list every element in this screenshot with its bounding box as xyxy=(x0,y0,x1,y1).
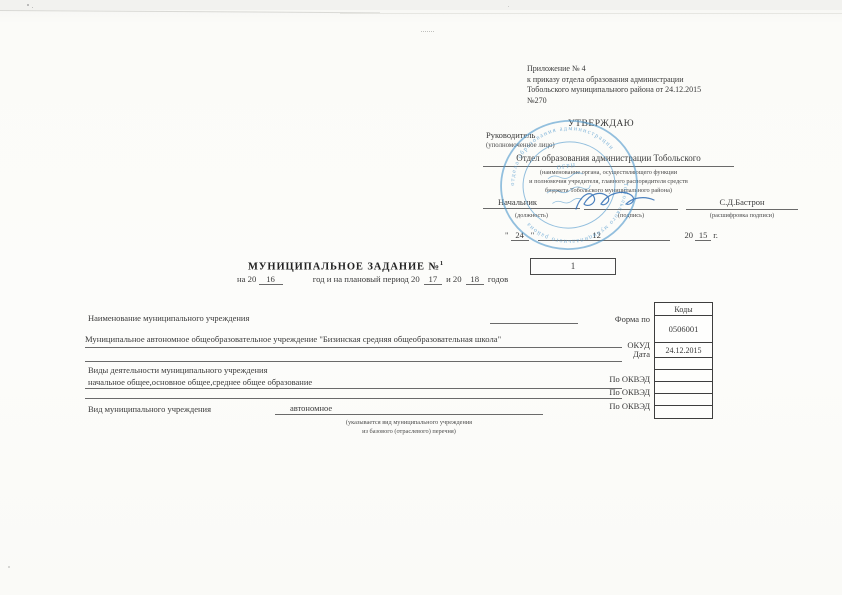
scan-speck xyxy=(8,566,10,568)
okved-label-3: По ОКВЭД xyxy=(600,401,650,411)
empty-code-cell xyxy=(655,358,712,370)
okved-label-1: По ОКВЭД xyxy=(600,374,650,384)
scanned-document-page: Приложение № 4 к приказу отдела образова… xyxy=(0,0,842,595)
blank-line xyxy=(85,392,622,399)
scan-speck xyxy=(421,31,434,33)
stamp-inner-ring xyxy=(517,136,620,234)
scan-speck xyxy=(27,4,29,6)
institution-type-value: автономное xyxy=(275,403,543,415)
stamp-center-lines xyxy=(548,172,583,181)
stamp-outer-ring xyxy=(494,116,644,254)
activities-label: Виды деятельности муниципального учрежде… xyxy=(88,365,267,375)
date-label: Дата xyxy=(606,349,650,359)
empty-code-cell xyxy=(655,394,712,406)
footnote-ref: 1 xyxy=(440,260,443,267)
name-note: (расшифровка подписи) xyxy=(686,211,798,220)
period-text: и 20 xyxy=(446,274,462,284)
institution-name-value: Муниципальное автономное общеобразовател… xyxy=(85,334,622,348)
period-year-1: 16 xyxy=(259,274,283,285)
activities-value: начальное общее,основное общее,среднее о… xyxy=(85,377,622,389)
type-note-line: из базового (отраслевого) перечня) xyxy=(275,427,543,436)
period-text: на 20 xyxy=(237,274,256,284)
okud-code-cell: 0506001 xyxy=(655,316,712,343)
institution-name-label: Наименование муниципального учреждения xyxy=(88,313,249,323)
form-po-label: Форма по xyxy=(606,314,650,324)
codes-table: Коды 0506001 24.12.2015 xyxy=(654,302,713,419)
period-text: годов xyxy=(488,274,508,284)
scan-speck xyxy=(32,7,33,8)
date-year: 15 xyxy=(695,230,711,241)
period-year-2: 17 xyxy=(424,274,442,285)
appendix-line: к приказу отдела образования администрац… xyxy=(527,75,827,86)
okved-label-2: По ОКВЭД xyxy=(600,387,650,397)
period-year-3: 18 xyxy=(466,274,484,285)
blank-line xyxy=(490,312,578,324)
scan-artifact-line xyxy=(340,13,842,14)
date-year-prefix: 20 xyxy=(684,230,693,240)
empty-code-cell xyxy=(655,382,712,394)
institution-type-label: Вид муниципального учреждения xyxy=(88,404,211,414)
type-note-line: (указывается вид муниципального учрежден… xyxy=(275,418,543,427)
signature xyxy=(570,188,662,216)
codes-header: Коды xyxy=(655,303,712,316)
document-title: МУНИЦИПАЛЬНОЕ ЗАДАНИЕ №1 xyxy=(248,260,443,273)
appendix-block: Приложение № 4 к приказу отдела образова… xyxy=(527,64,827,107)
official-stamp: отдела образования администрации Тобольс… xyxy=(494,116,644,254)
appendix-line: №270 xyxy=(527,96,827,107)
empty-code-cell xyxy=(655,406,712,418)
signature-stroke xyxy=(576,192,654,209)
appendix-line: Тобольского муниципального района от 24.… xyxy=(527,85,827,96)
empty-code-cell xyxy=(655,370,712,382)
stamp-center-text: ОГРН xyxy=(556,163,576,172)
blank-line xyxy=(85,350,622,362)
appendix-line: Приложение № 4 xyxy=(527,64,827,75)
period-line: на 20 16 год и на плановый период 20 17 … xyxy=(237,274,508,285)
scan-speck xyxy=(508,6,509,7)
approver-name-line: С.Д.Бастрон xyxy=(686,197,798,210)
period-text: год и на плановый период 20 xyxy=(313,274,420,284)
date-year-suffix: г. xyxy=(713,230,718,240)
date-code-cell: 24.12.2015 xyxy=(655,343,712,358)
document-title-text: МУНИЦИПАЛЬНОЕ ЗАДАНИЕ № xyxy=(248,262,440,273)
institution-type-notes: (указывается вид муниципального учрежден… xyxy=(275,418,543,436)
scan-edge-strip xyxy=(0,0,842,10)
scan-artifact-line xyxy=(0,10,380,13)
task-number-box: 1 xyxy=(530,258,616,275)
